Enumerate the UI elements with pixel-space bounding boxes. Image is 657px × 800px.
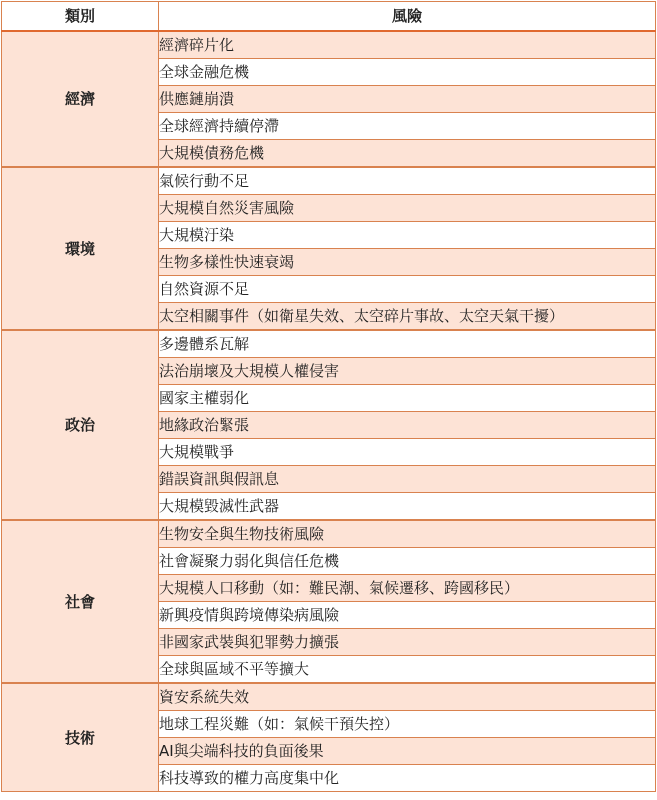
risk-cell: 全球金融危機 <box>159 59 656 86</box>
risk-cell: 太空相關事件（如衛星失效、太空碎片事故、太空天氣干擾） <box>159 303 656 331</box>
risk-cell: 新興疫情與跨境傳染病風險 <box>159 602 656 629</box>
risk-cell: 地緣政治緊張 <box>159 412 656 439</box>
risk-cell: 大規模債務危機 <box>159 140 656 168</box>
risk-cell: 供應鏈崩潰 <box>159 86 656 113</box>
risk-cell: 錯誤資訊與假訊息 <box>159 466 656 493</box>
table-body: 經濟經濟碎片化全球金融危機供應鏈崩潰全球經濟持續停滯大規模債務危機環境氣候行動不… <box>2 31 656 792</box>
risk-cell: 大規模自然災害風險 <box>159 195 656 222</box>
risk-cell: 自然資源不足 <box>159 276 656 303</box>
risk-cell: 非國家武裝與犯罪勢力擴張 <box>159 629 656 656</box>
header-row: 類別 風險 <box>2 2 656 32</box>
header-risk: 風險 <box>159 2 656 32</box>
risk-cell: 資安系統失效 <box>159 683 656 711</box>
category-cell: 技術 <box>2 683 159 792</box>
risk-cell: 法治崩壞及大規模人權侵害 <box>159 358 656 385</box>
risk-cell: 社會凝聚力弱化與信任危機 <box>159 548 656 575</box>
category-cell: 政治 <box>2 330 159 520</box>
category-cell: 社會 <box>2 520 159 683</box>
risk-cell: 大規模戰爭 <box>159 439 656 466</box>
risk-cell: 多邊體系瓦解 <box>159 330 656 358</box>
table-row: 政治多邊體系瓦解 <box>2 330 656 358</box>
risk-cell: 氣候行動不足 <box>159 167 656 195</box>
risk-cell: 科技導致的權力高度集中化 <box>159 765 656 792</box>
risk-cell: AI與尖端科技的負面後果 <box>159 738 656 765</box>
risk-cell: 大規模汙染 <box>159 222 656 249</box>
table-row: 經濟經濟碎片化 <box>2 31 656 59</box>
risk-cell: 大規模毀滅性武器 <box>159 493 656 521</box>
risk-cell: 地球工程災難（如：氣候干預失控） <box>159 711 656 738</box>
risk-cell: 全球與區域不平等擴大 <box>159 656 656 684</box>
risk-table: 類別 風險 經濟經濟碎片化全球金融危機供應鏈崩潰全球經濟持續停滯大規模債務危機環… <box>1 1 656 792</box>
header-category: 類別 <box>2 2 159 32</box>
risk-cell: 全球經濟持續停滯 <box>159 113 656 140</box>
table-row: 技術資安系統失效 <box>2 683 656 711</box>
risk-cell: 大規模人口移動（如：難民潮、氣候遷移、跨國移民） <box>159 575 656 602</box>
risk-cell: 國家主權弱化 <box>159 385 656 412</box>
risk-cell: 經濟碎片化 <box>159 31 656 59</box>
risk-cell: 生物多樣性快速衰竭 <box>159 249 656 276</box>
risk-cell: 生物安全與生物技術風險 <box>159 520 656 548</box>
table-row: 環境氣候行動不足 <box>2 167 656 195</box>
category-cell: 經濟 <box>2 31 159 167</box>
table-row: 社會生物安全與生物技術風險 <box>2 520 656 548</box>
category-cell: 環境 <box>2 167 159 330</box>
